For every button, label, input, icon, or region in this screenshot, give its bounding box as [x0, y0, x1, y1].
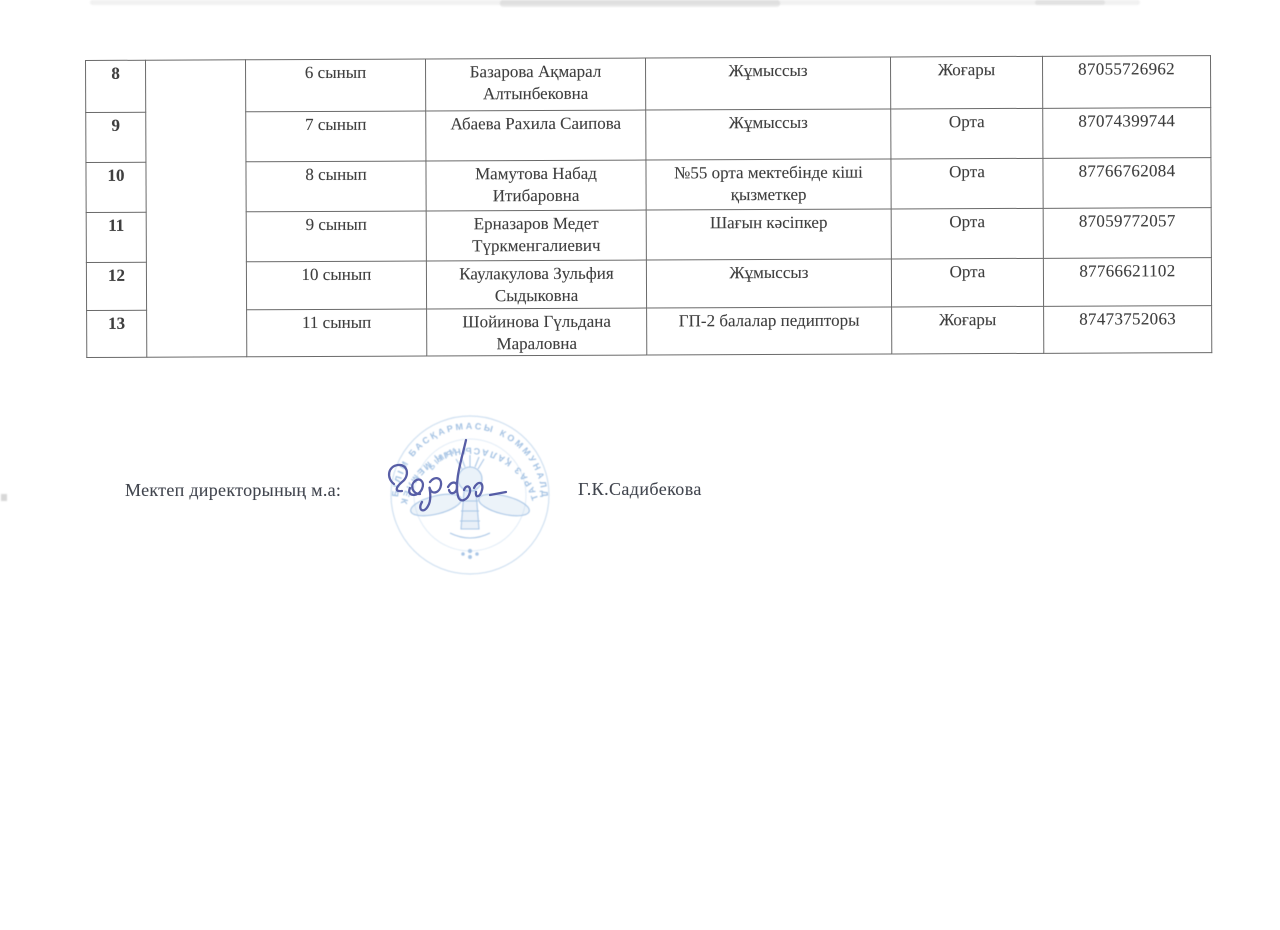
cell-row-number: 9: [86, 112, 146, 162]
cell-education: Орта: [891, 108, 1043, 159]
cell-phone: 87059772057: [1043, 208, 1211, 259]
cell-occupation: Жұмыссыз: [646, 259, 891, 308]
cell-row-number: 13: [87, 310, 147, 357]
cell-parent-name: Каулакулова Зульфия Сыдыковна: [426, 260, 646, 309]
cell-education: Орта: [891, 208, 1043, 259]
cell-class: 9 сынып: [246, 211, 426, 262]
director-label: Мектеп директорының м.а:: [125, 480, 341, 501]
students-table: 8 6 сынып Базарова Ақмарал Алтынбековна …: [85, 55, 1212, 358]
cell-class: 6 сынып: [246, 59, 426, 112]
scan-artifact-top-patch: [500, 0, 780, 7]
students-table-region: 8 6 сынып Базарова Ақмарал Алтынбековна …: [85, 55, 1212, 358]
cell-class: 8 сынып: [246, 161, 426, 212]
cell-class: 7 сынып: [246, 111, 426, 162]
cell-occupation: Жұмыссыз: [646, 109, 891, 160]
cell-education: Жоғары: [892, 306, 1044, 354]
cell-parent-name: Абаева Рахила Саипова: [426, 110, 646, 161]
scan-artifact-left-speck: [1, 494, 7, 501]
table-row: 8 6 сынып Базарова Ақмарал Алтынбековна …: [86, 56, 1211, 113]
cell-parent-name: Базарова Ақмарал Алтынбековна: [425, 58, 645, 111]
cell-phone: 87473752063: [1044, 306, 1212, 354]
cell-occupation: ГП-2 балалар педипторы: [647, 307, 892, 355]
cell-education: Орта: [891, 158, 1043, 209]
table-row: 10 8 сынып Мамутова Набад Итибаровна №55…: [86, 158, 1211, 213]
scan-artifact-top-right: [1035, 0, 1105, 5]
cell-parent-name: Мамутова Набад Итибаровна: [426, 160, 646, 211]
cell-phone: 87766621102: [1043, 258, 1211, 307]
signer-name: Г.К.Садибекова: [578, 479, 702, 500]
signature-ink: [378, 432, 528, 527]
cell-occupation: №55 орта мектебінде кіші қызметкер: [646, 159, 891, 210]
cell-phone: 87055726962: [1042, 56, 1210, 109]
table-row: 11 9 сынып Ерназаров Медет Түркменгалиев…: [86, 208, 1211, 263]
table-row: 13 11 сынып Шойинова Гүльдана Мараловна …: [87, 306, 1212, 358]
cell-row-number: 12: [86, 262, 146, 310]
cell-row-number: 11: [86, 212, 146, 262]
table-row: 12 10 сынып Каулакулова Зульфия Сыдыковн…: [86, 258, 1211, 311]
cell-row-number: 8: [86, 60, 146, 112]
cell-merged-empty: [146, 60, 247, 357]
cell-phone: 87766762084: [1043, 158, 1211, 209]
cell-education: Жоғары: [890, 56, 1042, 109]
table-row: 9 7 сынып Абаева Рахила Саипова Жұмыссыз…: [86, 108, 1211, 163]
cell-row-number: 10: [86, 162, 146, 212]
cell-education: Орта: [891, 258, 1043, 307]
cell-phone: 87074399744: [1043, 108, 1211, 159]
cell-parent-name: Шойинова Гүльдана Мараловна: [427, 308, 647, 356]
cell-class: 10 сынып: [246, 261, 426, 310]
cell-occupation: Шағын кәсіпкер: [646, 209, 891, 260]
cell-occupation: Жұмыссыз: [645, 57, 890, 110]
cell-class: 11 сынып: [247, 309, 427, 357]
cell-parent-name: Ерназаров Медет Түркменгалиевич: [426, 210, 646, 261]
